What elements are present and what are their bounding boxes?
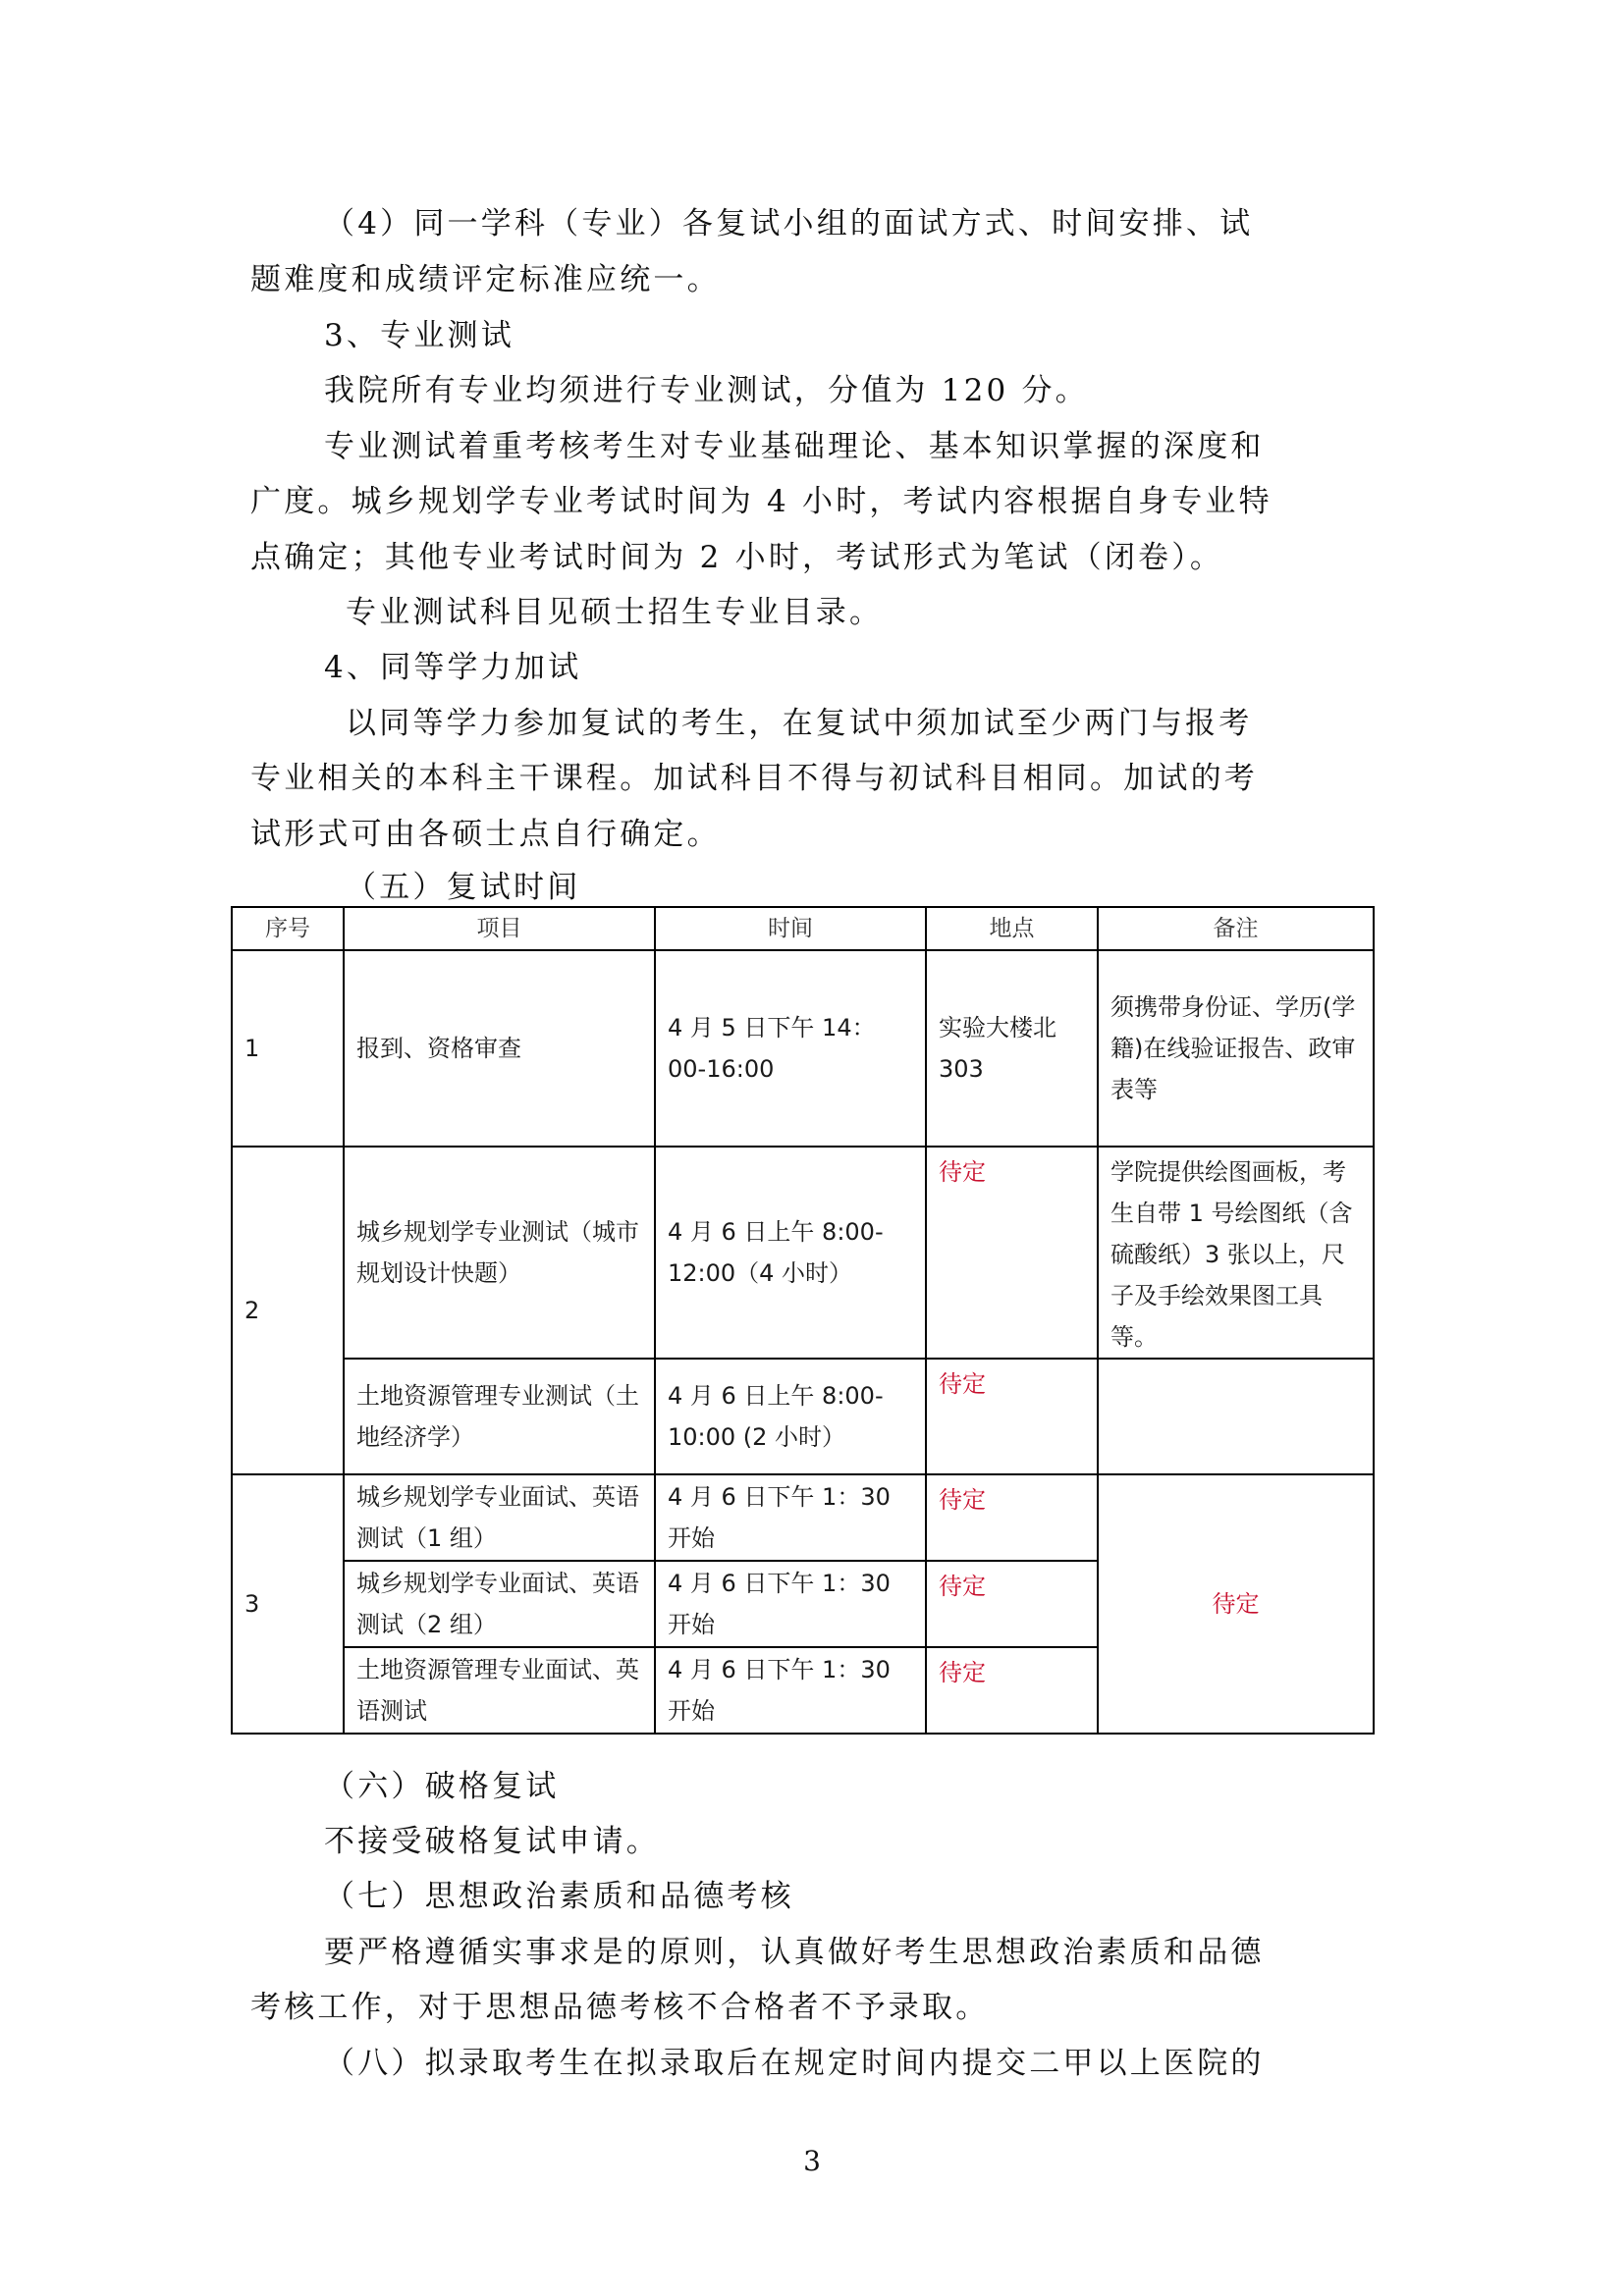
cell-location-pending: 待定 [926, 1147, 1098, 1359]
section-heading-moral-assessment: （七）思想政治素质和品德考核 [324, 1877, 794, 1916]
paragraph-medical: （八）拟录取考生在拟录取后在规定时间内提交二甲以上医院的 [324, 2044, 1265, 2083]
schedule-table: 序号 项目 时间 地点 备注 1 报到、资格审查 4 月 5 日下午 14：00… [231, 906, 1375, 1735]
paragraph-continuation: 广度。城乡规划学专业考试时间为 4 小时，考试内容根据自身专业特 [250, 482, 1272, 521]
cell-time: 4 月 5 日下午 14：00-16:00 [655, 950, 926, 1147]
paragraph-continuation: 题难度和成绩评定标准应统一。 [250, 260, 721, 299]
paragraph-score: 我院所有专业均须进行专业测试，分值为 120 分。 [324, 371, 1089, 410]
cell-time: 4 月 6 日下午 1：30 开始 [655, 1474, 926, 1561]
cell-item: 城乡规划学专业面试、英语测试（2 组） [344, 1561, 655, 1647]
paragraph-equivalent: 以同等学力参加复试的考生，在复试中须加试至少两门与报考 [346, 704, 1252, 743]
cell-location-pending: 待定 [926, 1561, 1098, 1647]
cell-location-pending: 待定 [926, 1474, 1098, 1561]
cell-time: 4 月 6 日上午 8:00-12:00（4 小时） [655, 1147, 926, 1359]
table-row: 1 报到、资格审查 4 月 5 日下午 14：00-16:00 实验大楼北 30… [232, 950, 1374, 1147]
cell-note-pending: 待定 [1098, 1474, 1374, 1734]
cell-time: 4 月 6 日上午 8:00-10:00 (2 小时） [655, 1359, 926, 1474]
paragraph-continuation: 专业相关的本科主干课程。加试科目不得与初试科目相同。加试的考 [250, 759, 1258, 798]
cell-note [1098, 1359, 1374, 1474]
paragraph-continuation: 试形式可由各硕士点自行确定。 [250, 815, 721, 854]
paragraph-moral: 要严格遵循实事求是的原则，认真做好考生思想政治素质和品德 [324, 1933, 1265, 1972]
cell-no: 3 [232, 1474, 344, 1734]
paragraph-continuation: 点确定；其他专业考试时间为 2 小时，考试形式为笔试（闭卷）。 [250, 538, 1223, 577]
cell-item: 土地资源管理专业测试（土地经济学） [344, 1359, 655, 1474]
header-note: 备注 [1098, 907, 1374, 950]
paragraph-4-uniform-standards: （4）同一学科（专业）各复试小组的面试方式、时间安排、试 [324, 204, 1253, 243]
cell-time: 4 月 6 日下午 1：30 开始 [655, 1561, 926, 1647]
header-item: 项目 [344, 907, 655, 950]
cell-location: 实验大楼北 303 [926, 950, 1098, 1147]
section-heading-retest-time: （五）复试时间 [346, 868, 580, 907]
cell-item: 城乡规划学专业面试、英语测试（1 组） [344, 1474, 655, 1561]
header-no: 序号 [232, 907, 344, 950]
cell-item: 土地资源管理专业面试、英语测试 [344, 1647, 655, 1734]
table-header-row: 序号 项目 时间 地点 备注 [232, 907, 1374, 950]
table-row: 土地资源管理专业测试（土地经济学） 4 月 6 日上午 8:00-10:00 (… [232, 1359, 1374, 1474]
table-row: 2 城乡规划学专业测试（城市规划设计快题） 4 月 6 日上午 8:00-12:… [232, 1147, 1374, 1359]
cell-time: 4 月 6 日下午 1：30 开始 [655, 1647, 926, 1734]
header-location: 地点 [926, 907, 1098, 950]
paragraph-no-exceptional: 不接受破格复试申请。 [324, 1822, 660, 1861]
cell-no: 2 [232, 1147, 344, 1474]
cell-no: 1 [232, 950, 344, 1147]
section-heading-exceptional-retest: （六）破格复试 [324, 1767, 559, 1806]
paragraph-continuation: 考核工作，对于思想品德考核不合格者不予录取。 [250, 1988, 989, 2027]
section-heading-equivalent-test: 4、同等学力加试 [324, 648, 581, 687]
section-heading-professional-test: 3、专业测试 [324, 316, 514, 355]
cell-note: 学院提供绘图画板，考生自带 1 号绘图纸（含硫酸纸）3 张以上，尺子及手绘效果图… [1098, 1147, 1374, 1359]
table-row: 3 城乡规划学专业面试、英语测试（1 组） 4 月 6 日下午 1：30 开始 … [232, 1474, 1374, 1561]
paragraph-test-subjects: 专业测试科目见硕士招生专业目录。 [346, 593, 883, 632]
cell-location-pending: 待定 [926, 1359, 1098, 1474]
paragraph-test-focus: 专业测试着重考核考生对专业基础理论、基本知识掌握的深度和 [324, 427, 1265, 466]
cell-note: 须携带身份证、学历(学籍)在线验证报告、政审表等 [1098, 950, 1374, 1147]
header-time: 时间 [655, 907, 926, 950]
cell-location-pending: 待定 [926, 1647, 1098, 1734]
cell-item: 报到、资格审查 [344, 950, 655, 1147]
page-number: 3 [0, 2145, 1624, 2177]
cell-item: 城乡规划学专业测试（城市规划设计快题） [344, 1147, 655, 1359]
